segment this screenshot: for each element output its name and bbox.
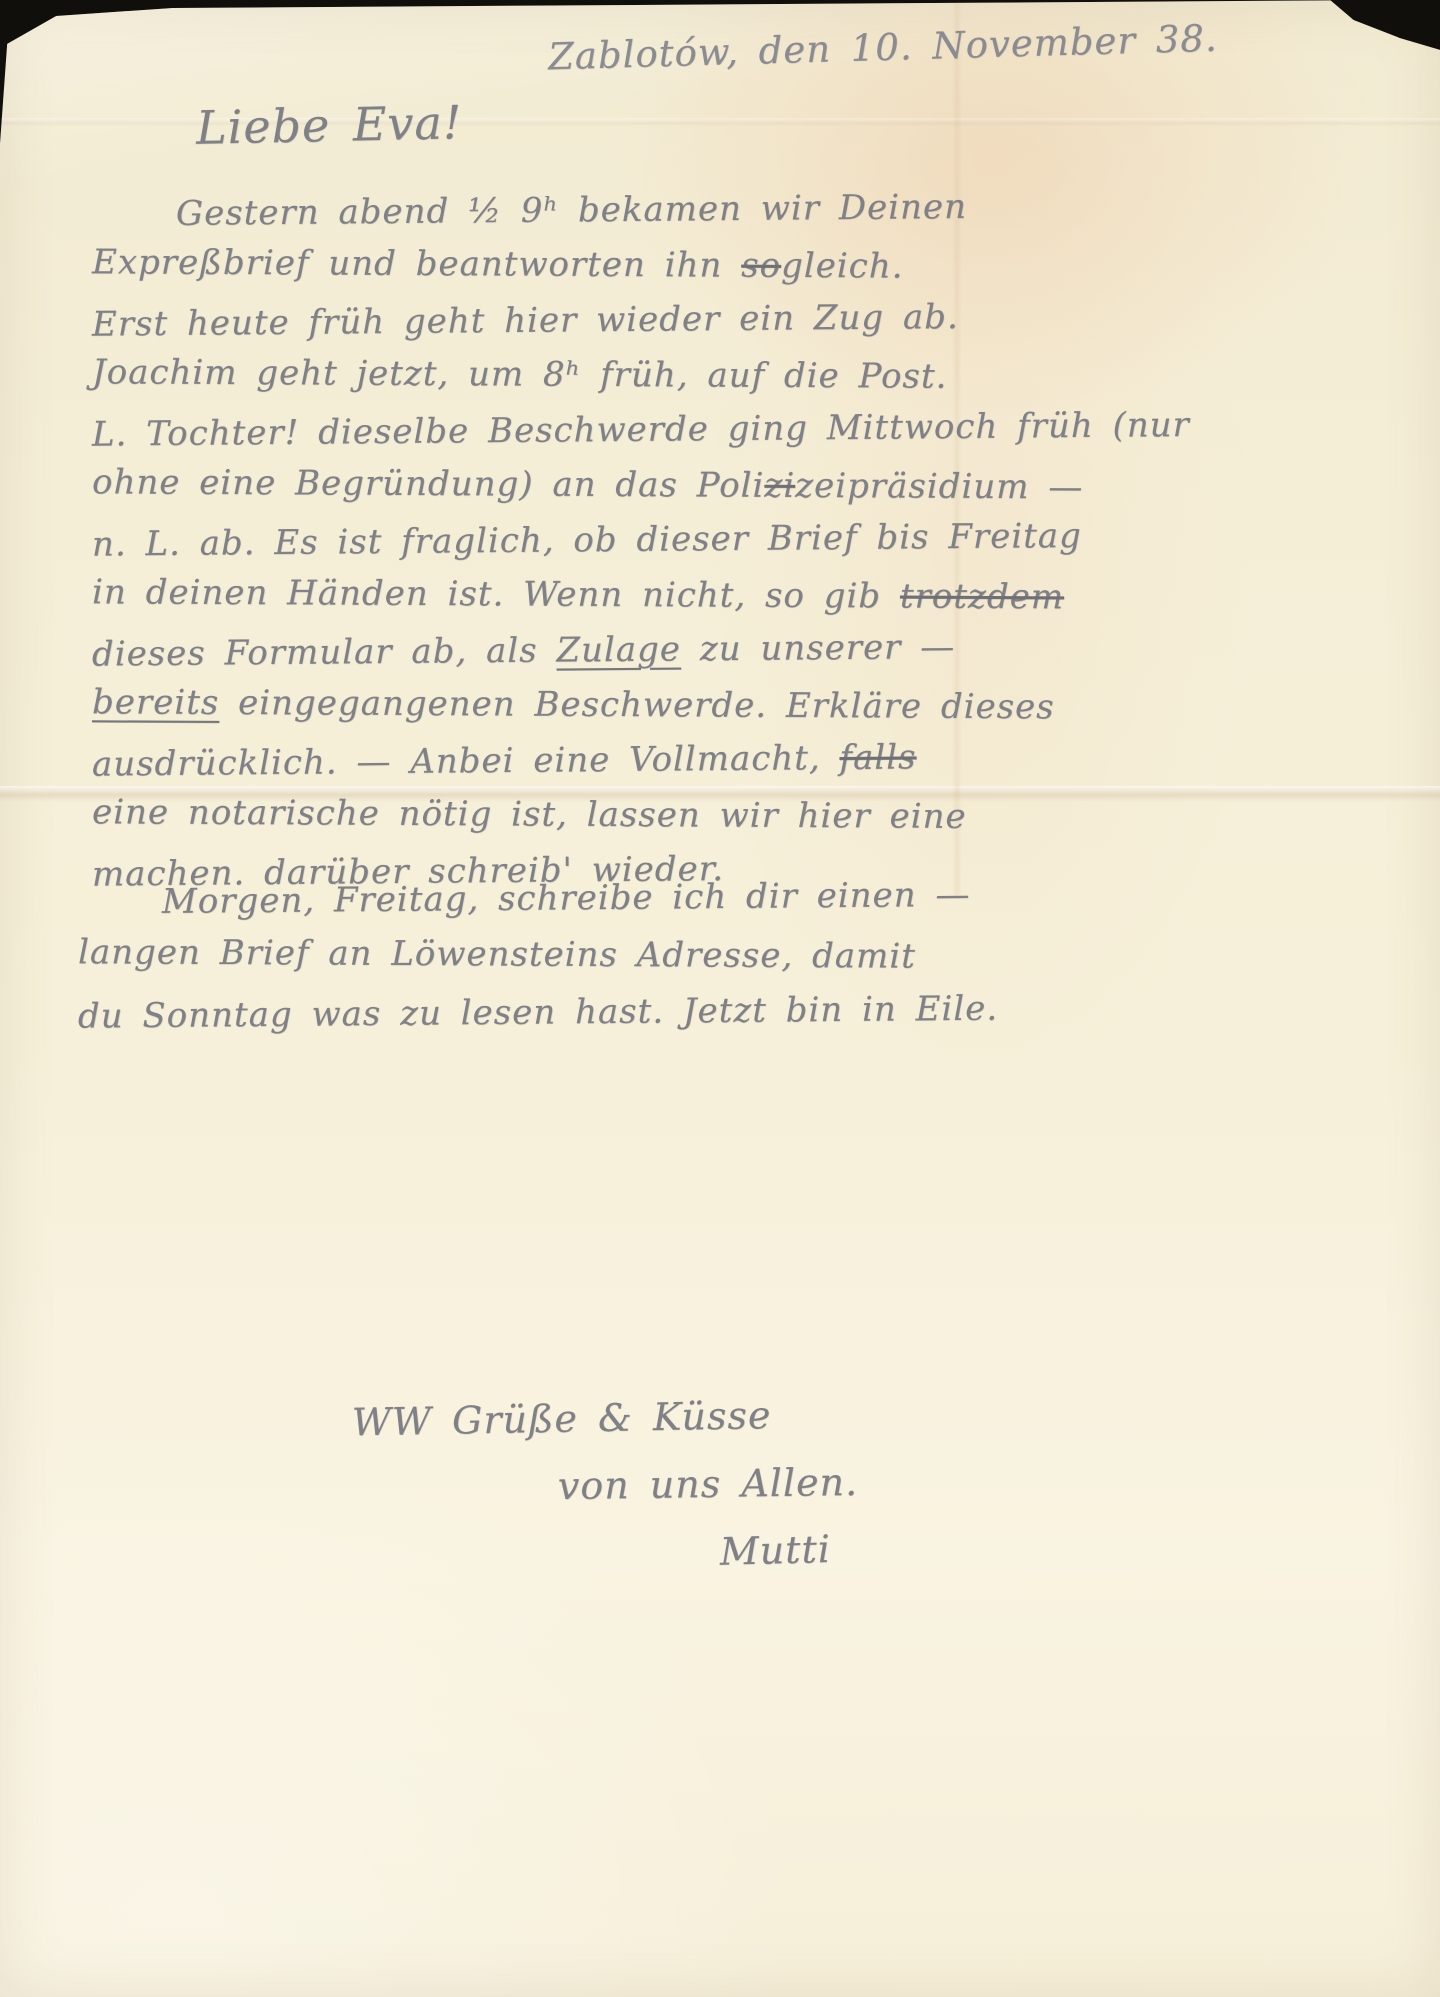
letter-text: eine notarische nötig ist, lassen wir hi… (92, 792, 967, 837)
letter-text: Erst heute früh geht hier wieder ein Zug… (92, 297, 959, 345)
letter-page: Zablotów, den 10. November 38. Liebe Eva… (0, 0, 1440, 1997)
letter-text: in deinen Händen ist. Wenn nicht, so gib (92, 572, 900, 616)
letter-text: ohne eine Begründung) an das Poli (92, 462, 765, 506)
letter-line: eine notarische nötig ist, lassen wir hi… (92, 792, 1142, 852)
letter-text: WW Grüße & Küsse (351, 1393, 771, 1444)
letter-text: langen Brief an Löwensteins Adresse, dam… (78, 932, 916, 976)
letter-text: Mutti (719, 1527, 831, 1574)
struck-text: so (741, 246, 781, 286)
letter-line: von uns Allen. (558, 1460, 859, 1530)
date-line: Zablotów, den 10. November 38. (548, 17, 1219, 79)
letter-line: WW Grüße & Küsse (351, 1392, 858, 1467)
letter-line: n. L. ab. Es ist fraglich, ob dieser Bri… (92, 515, 1142, 579)
letter-text: du Sonntag was zu lesen hast. Jetzt bin … (78, 989, 998, 1037)
struck-text: trotzdem (900, 576, 1064, 617)
letter-line: Gestern abend ½ 9ʰ bekamen wir Deinen (92, 185, 1142, 249)
letter-text: Gestern abend ½ 9ʰ bekamen wir Deinen (176, 187, 967, 234)
letter-line: Expreßbrief und beantworten ihn sogleich… (92, 242, 1142, 302)
letter-line: L. Tochter! dieselbe Beschwerde ging Mit… (92, 405, 1142, 469)
letter-line: Morgen, Freitag, schreibe ich dir einen … (78, 873, 1138, 939)
letter-text: von uns Allen. (558, 1460, 859, 1508)
letter-text: gleich. (781, 246, 904, 287)
paragraph-2: Morgen, Freitag, schreibe ich dir einen … (78, 878, 1138, 1049)
letter-line: dieses Formular ab, als Zulage zu unsere… (92, 625, 1142, 689)
letter-text: L. Tochter! dieselbe Beschwerde ging Mit… (92, 405, 1190, 455)
letter-text: ausdrücklich. — Anbei eine Vollmacht, (92, 738, 840, 785)
letter-text: dieses Formular ab, als (92, 631, 557, 675)
salutation: Liebe Eva! (195, 95, 462, 155)
letter-line: du Sonntag was zu lesen hast. Jetzt bin … (78, 987, 1138, 1053)
letter-line: Joachim geht jetzt, um 8ʰ früh, auf die … (92, 352, 1142, 412)
letter-text: Expreßbrief und beantworten ihn (92, 242, 741, 285)
letter-line: ohne eine Begründung) an das Polizizeipr… (92, 462, 1142, 522)
letter-text: Joachim geht jetzt, um 8ʰ früh, auf die … (92, 352, 948, 396)
letter-line: Mutti (719, 1526, 859, 1595)
paragraph-1: Gestern abend ½ 9ʰ bekamen wir DeinenExp… (92, 190, 1142, 905)
letter-text: zeipräsidium — (795, 466, 1083, 508)
letter-line: ausdrücklich. — Anbei eine Vollmacht, fa… (92, 735, 1142, 799)
underlined-text: Zulage (556, 629, 681, 670)
letter-text: n. L. ab. Es ist fraglich, ob dieser Bri… (92, 516, 1082, 565)
letter-line: bereits eingegangenen Beschwerde. Erklär… (92, 682, 1142, 742)
letter-line: Erst heute früh geht hier wieder ein Zug… (92, 295, 1142, 359)
scanned-letter: Zablotów, den 10. November 38. Liebe Eva… (0, 0, 1440, 1997)
letter-text: eingegangenen Beschwerde. Erkläre dieses (219, 683, 1055, 727)
letter-line: in deinen Händen ist. Wenn nicht, so gib… (92, 572, 1142, 632)
letter-text: zu unserer — (681, 627, 956, 669)
letter-text: Morgen, Freitag, schreibe ich dir einen … (162, 875, 971, 922)
struck-text: falls (839, 737, 916, 778)
underlined-text: bereits (92, 682, 219, 723)
closing-block: WW Grüße & Küssevon uns Allen.Mutti (352, 1396, 858, 1594)
struck-text: zi (764, 466, 795, 506)
letter-line: langen Brief an Löwensteins Adresse, dam… (78, 932, 1138, 995)
